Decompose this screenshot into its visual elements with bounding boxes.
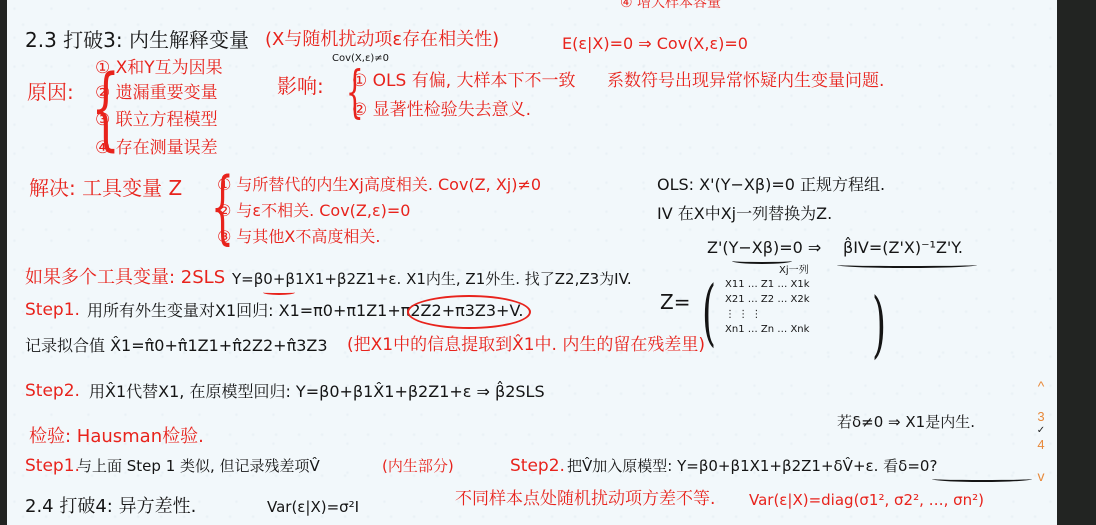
tsls-model: Y=β0+β1X1+β2Z1+ε. X1内生, Z1外生. 找了Z2,Z3为IV… — [232, 272, 632, 287]
effect-item: ② 显著性检验失去意义. — [352, 102, 531, 119]
ols-normal-equation: OLS: X'(Y−Xβ)=0 正规方程组. — [657, 177, 885, 193]
test-step1-note: (内生部分) — [382, 459, 454, 474]
solution-item: ② 与ε不相关. Cov(Z,ε)=0 — [217, 203, 410, 219]
effect-item: ① OLS 有偏, 大样本下不一致 — [352, 73, 576, 90]
cause-item: ① X和Y互为因果 — [95, 60, 223, 77]
matrix-row: X21 … Z2 … X2k — [725, 295, 810, 305]
section-heading-2-3: 2.3 打破3: 内生解释变量 — [25, 30, 249, 50]
fitted-value-note: (把X1中的信息提取到X̂1中. 内生的留在残差里) — [347, 337, 705, 354]
effects-label: 影响: — [277, 76, 324, 96]
cause-item: ② 遗漏重要变量 — [95, 85, 218, 102]
cause-item: ④ 存在测量误差 — [95, 140, 218, 157]
test-step2-label: Step2. — [510, 458, 565, 475]
check-icon: ✓ — [1037, 425, 1045, 437]
test-step1-label: Step1. — [25, 458, 80, 475]
causes-label: 原因: — [27, 82, 74, 102]
matrix-row: Xn1 … Zn … Xnk — [725, 325, 809, 335]
homoskedasticity-formula: Var(ε|X)=σ²I — [267, 500, 359, 515]
chevron-up-icon[interactable]: ^ — [1038, 377, 1045, 395]
note-page: ④ 增大样本容量 2.3 打破3: 内生解释变量 (X与随机扰动项ε存在相关性)… — [7, 0, 1057, 525]
underline — [837, 262, 977, 268]
section-heading-2-4: 2.4 打破4: 异方差性. — [25, 498, 196, 516]
heteroskedasticity-formula: Var(ε|X)=diag(σ1², σ2², …, σn²) — [749, 493, 984, 508]
solution-item: ① 与所替代的内生Xj高度相关. Cov(Z, Xj)≠0 — [217, 177, 541, 193]
circle-annotation — [407, 295, 531, 329]
underline — [732, 258, 792, 264]
step1-label: Step1. — [25, 302, 80, 319]
page-number-next[interactable]: 4 — [1037, 437, 1044, 453]
top-fragment: ④ 增大样本容量 — [620, 0, 721, 10]
chevron-down-icon[interactable]: v — [1038, 467, 1045, 485]
test-label: 检验: Hausman检验. — [29, 428, 204, 446]
effects-side-note: 系数符号出现异常怀疑内生变量问题. — [607, 73, 884, 90]
step2-text: 用X̂1代替X1, 在原模型回归: Y=β0+β1X̂1+β2Z1+ε ⇒ β̂… — [89, 384, 545, 400]
fitted-value-text: 记录拟合值 X̂1=π̂0+π̂1Z1+π̂2Z2+π̂3Z3 — [25, 338, 328, 354]
matrix-right-paren: ) — [872, 282, 886, 366]
underline — [263, 290, 295, 295]
solution-label: 解决: 工具变量 Z — [29, 178, 182, 198]
page-navigator[interactable]: ^ 3 ✓ 4 v — [1029, 377, 1053, 487]
cause-item: ③ 联立方程模型 — [95, 112, 218, 129]
tsls-label: 如果多个工具变量: 2SLS — [25, 269, 225, 287]
test-conclusion: 若δ≠0 ⇒ X1是内生. — [837, 415, 975, 430]
matrix-row: ⋮ ⋮ ⋮ — [725, 310, 761, 320]
test-step2-text: 把V̂加入原模型: Y=β0+β1X1+β2Z1+δV̂+ε. 看δ=0? — [567, 459, 937, 474]
test-step1-text: 与上面 Step 1 类似, 但记录残差项V̂ — [77, 459, 320, 474]
exogeneity-condition: E(ε|X)=0 ⇒ Cov(X,ε)=0 — [562, 36, 748, 52]
iv-replace-line: IV 在X中Xj一列替换为Z. — [657, 206, 832, 222]
iv-equation-left: Z'(Y−Xβ)=0 ⇒ — [707, 240, 821, 256]
iv-estimator: β̂IV=(Z'X)⁻¹Z'Y. — [843, 240, 963, 256]
underline — [932, 476, 1032, 482]
solution-item: ③ 与其他X不高度相关. — [217, 229, 380, 245]
heading-paren-note: (X与随机扰动项ε存在相关性) — [265, 31, 499, 49]
heteroskedasticity-note: 不同样本点处随机扰动项方差不等. — [455, 491, 715, 508]
step2-label: Step2. — [25, 383, 80, 400]
page-number-current[interactable]: 3 — [1037, 409, 1044, 425]
matrix-label: Z= — [660, 292, 690, 312]
matrix-row: X11 … Z1 … X1k — [725, 280, 810, 290]
column-label: Xj一列 — [779, 266, 809, 276]
